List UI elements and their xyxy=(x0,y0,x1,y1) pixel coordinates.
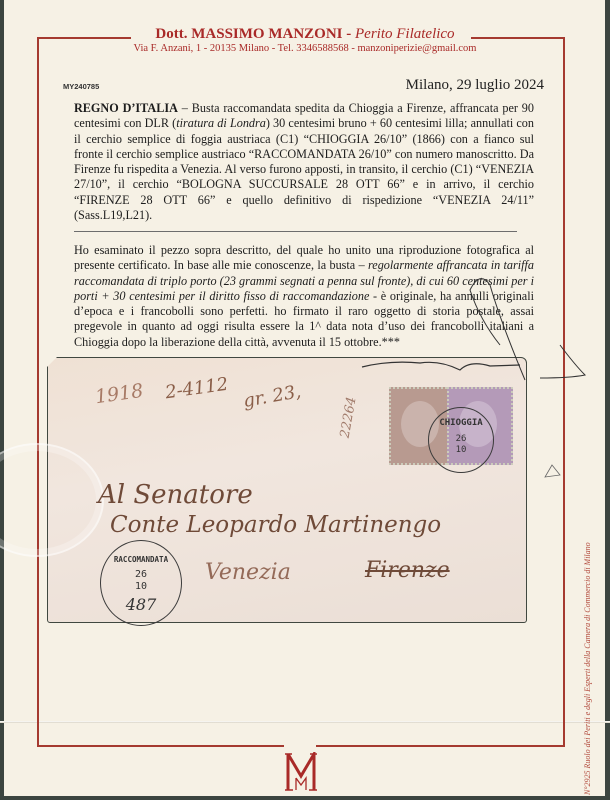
postmark-town: CHIOGGIA xyxy=(429,418,493,428)
description-lead: REGNO D’ITALIA xyxy=(74,101,178,115)
expert-heading: Dott. MASSIMO MANZONI - Perito Filatelic… xyxy=(0,26,610,43)
frame-gap xyxy=(284,742,316,752)
heading-separator: - xyxy=(343,26,356,42)
registration-number: 487 xyxy=(101,595,181,614)
monogram-logo-icon xyxy=(285,752,317,792)
postmark-month: 10 xyxy=(101,581,181,592)
place-date: Milano, 29 luglio 2024 xyxy=(406,77,544,94)
postmark-town: RACCOMANDATA xyxy=(101,555,181,564)
postmark-day: 26 xyxy=(101,569,181,580)
address-line-3: Venezia xyxy=(205,560,291,585)
item-description: REGNO D’ITALIA – Busta raccomandata sped… xyxy=(74,101,534,223)
postmark-month: 10 xyxy=(429,445,493,455)
postmark-chioggia: CHIOGGIA 26 10 xyxy=(428,407,494,473)
separator-rule xyxy=(74,231,517,232)
address-line-2: Conte Leopardo Martinengo xyxy=(110,512,441,538)
address-line-1: Al Senatore xyxy=(98,480,253,510)
expert-address: Via F. Anzani, 1 - 20135 Milano - Tel. 3… xyxy=(0,43,610,54)
address-line-4: Firenze xyxy=(365,558,450,583)
postmark-day: 26 xyxy=(429,434,493,444)
expert-name: Dott. MASSIMO MANZONI xyxy=(155,26,342,42)
expert-opinion: Ho esaminato il pezzo sopra descritto, d… xyxy=(74,243,534,350)
description-italic: tiratura di Londra xyxy=(176,116,266,130)
postmark-raccomandata: RACCOMANDATA 26 10 487 xyxy=(100,540,182,626)
expert-title: Perito Filatelico xyxy=(355,26,455,42)
registry-note: N°2925 Ruolo dei Periti e degli Esperti … xyxy=(583,542,592,795)
certificate-id: MY240785 xyxy=(63,82,99,91)
description-text: ) 30 centesimi bruno + 60 centesimi lill… xyxy=(74,116,534,222)
